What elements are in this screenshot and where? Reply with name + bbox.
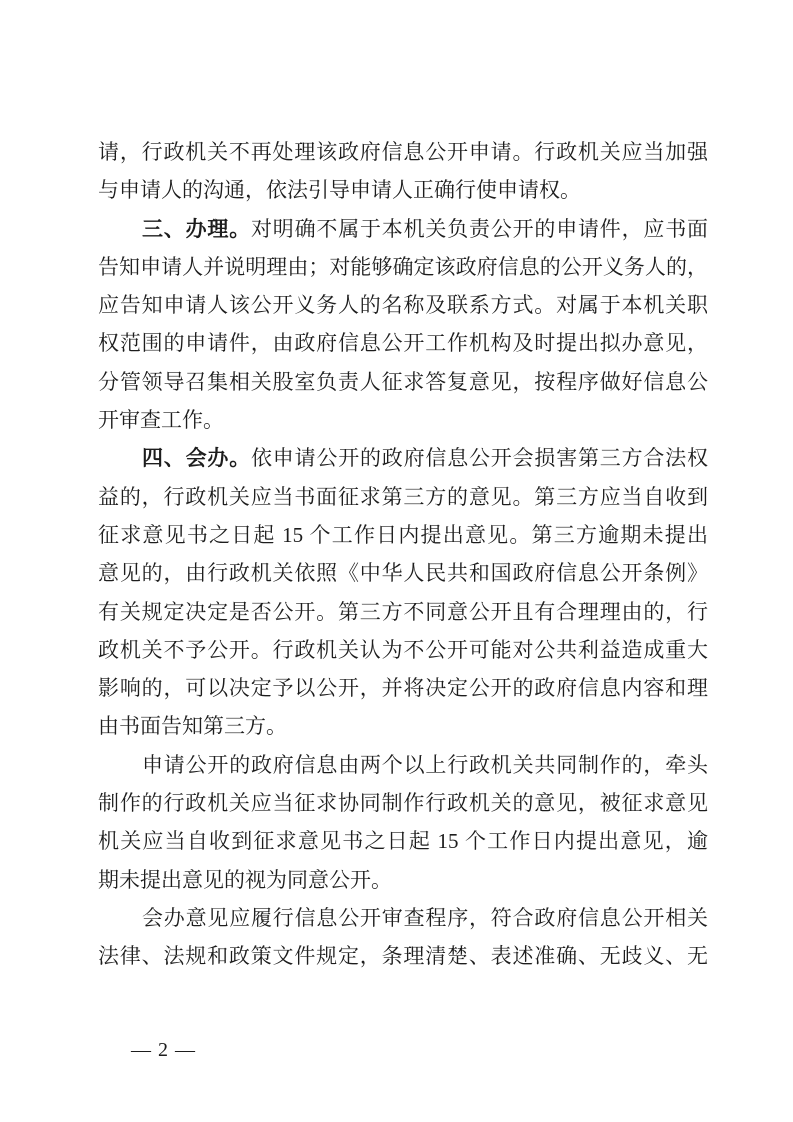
text-line: 机关应当自收到征求意见书之日起 15 个工作日内提出意见，逾: [98, 822, 708, 860]
text-line: 会办意见应履行信息公开审查程序，符合政府信息公开相关: [98, 899, 708, 937]
text-line: 有关规定决定是否公开。第三方不同意公开且有合理理由的，行: [98, 593, 708, 631]
text-segment: 由书面告知第三方。: [98, 714, 287, 738]
text-line: 申请公开的政府信息由两个以上行政机关共同制作的，牵头: [98, 746, 708, 784]
document-page: 请，行政机关不再处理该政府信息公开申请。行政机关应当加强与申请人的沟通，依法引导…: [0, 0, 793, 1122]
text-segment: 意见的，由行政机关依照《中华人民共和国政府信息公开条例》: [98, 561, 708, 585]
document-body: 请，行政机关不再处理该政府信息公开申请。行政机关应当加强与申请人的沟通，依法引导…: [98, 133, 708, 976]
text-line: 与申请人的沟通，依法引导申请人正确行使申请权。: [98, 171, 708, 209]
text-line: 三、办理。对明确不属于本机关负责公开的申请件，应书面: [98, 210, 708, 248]
text-line: 分管领导召集相关股室负责人征求答复意见，按程序做好信息公: [98, 363, 708, 401]
text-segment: 征求意见书之日起 15 个工作日内提出意见。第三方逾期未提出: [98, 523, 708, 547]
text-segment: 分管领导召集相关股室负责人征求答复意见，按程序做好信息公: [98, 370, 708, 394]
text-segment: 政机关不予公开。行政机关认为不公开可能对公共利益造成重大: [98, 638, 708, 662]
text-segment: 申请公开的政府信息由两个以上行政机关共同制作的，牵头: [142, 753, 708, 777]
text-line: 告知申请人并说明理由；对能够确定该政府信息的公开义务人的，: [98, 248, 708, 286]
text-line: 法律、法规和政策文件规定，条理清楚、表述准确、无歧义、无: [98, 937, 708, 975]
text-segment: 有关规定决定是否公开。第三方不同意公开且有合理理由的，行: [98, 600, 708, 624]
text-segment: 请，行政机关不再处理该政府信息公开申请。行政机关应当加强: [98, 140, 708, 164]
text-segment: 应告知申请人该公开义务人的名称及联系方式。对属于本机关职: [98, 293, 708, 317]
text-line: 应告知申请人该公开义务人的名称及联系方式。对属于本机关职: [98, 286, 708, 324]
section-heading: 四、会办。: [142, 446, 251, 470]
text-line: 请，行政机关不再处理该政府信息公开申请。行政机关应当加强: [98, 133, 708, 171]
text-line: 四、会办。依申请公开的政府信息公开会损害第三方合法权: [98, 439, 708, 477]
text-line: 由书面告知第三方。: [98, 707, 708, 745]
text-segment: 期未提出意见的视为同意公开。: [98, 868, 392, 892]
text-segment: 依申请公开的政府信息公开会损害第三方合法权: [251, 446, 708, 470]
text-line: 开审查工作。: [98, 401, 708, 439]
text-line: 益的，行政机关应当书面征求第三方的意见。第三方应当自收到: [98, 478, 708, 516]
text-segment: 会办意见应履行信息公开审查程序，符合政府信息公开相关: [142, 906, 708, 930]
page-number: — 2 —: [131, 1035, 196, 1065]
text-line: 影响的，可以决定予以公开，并将决定公开的政府信息内容和理: [98, 669, 708, 707]
text-segment: 影响的，可以决定予以公开，并将决定公开的政府信息内容和理: [98, 676, 708, 700]
text-segment: 权范围的申请件，由政府信息公开工作机构及时提出拟办意见，: [98, 331, 708, 355]
text-segment: 与申请人的沟通，依法引导申请人正确行使申请权。: [98, 178, 581, 202]
text-segment: 对明确不属于本机关负责公开的申请件，应书面: [251, 217, 708, 241]
text-segment: 机关应当自收到征求意见书之日起 15 个工作日内提出意见，逾: [98, 829, 708, 853]
text-segment: 法律、法规和政策文件规定，条理清楚、表述准确、无歧义、无: [98, 944, 708, 968]
text-line: 意见的，由行政机关依照《中华人民共和国政府信息公开条例》: [98, 554, 708, 592]
text-line: 权范围的申请件，由政府信息公开工作机构及时提出拟办意见，: [98, 324, 708, 362]
text-line: 期未提出意见的视为同意公开。: [98, 861, 708, 899]
text-segment: 开审查工作。: [98, 408, 224, 432]
text-line: 政机关不予公开。行政机关认为不公开可能对公共利益造成重大: [98, 631, 708, 669]
section-heading: 三、办理。: [142, 217, 251, 241]
text-segment: 益的，行政机关应当书面征求第三方的意见。第三方应当自收到: [98, 485, 708, 509]
text-line: 征求意见书之日起 15 个工作日内提出意见。第三方逾期未提出: [98, 516, 708, 554]
text-line: 制作的行政机关应当征求协同制作行政机关的意见，被征求意见: [98, 784, 708, 822]
text-segment: 告知申请人并说明理由；对能够确定该政府信息的公开义务人的，: [98, 255, 708, 279]
text-segment: 制作的行政机关应当征求协同制作行政机关的意见，被征求意见: [98, 791, 708, 815]
